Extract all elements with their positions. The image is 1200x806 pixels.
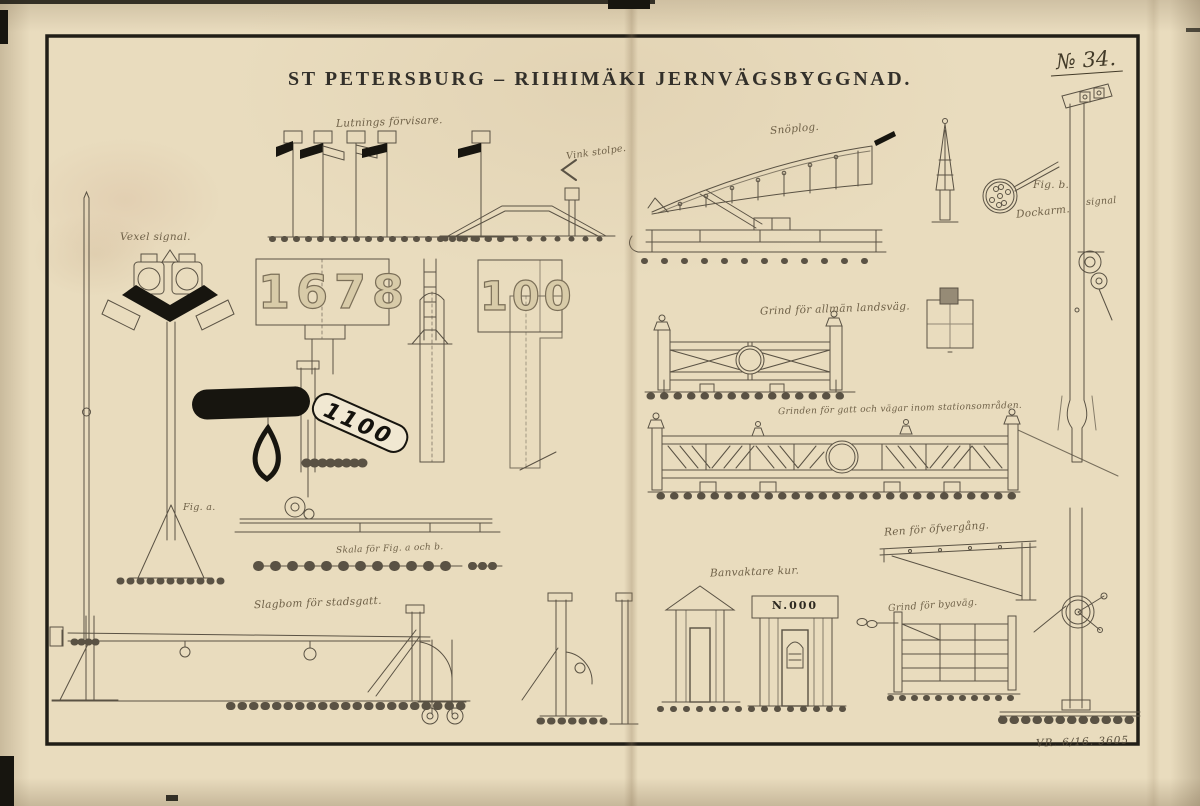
small-plate-number: 100	[480, 266, 560, 328]
sheet-number: № 34.	[1049, 46, 1123, 77]
figure-gate-public-road	[645, 311, 855, 396]
figure-crossing-bracket	[880, 541, 1036, 600]
hut-sign-number: N.000	[752, 599, 838, 612]
sheet-title: ST PETERSBURG – RIIHIMÄKI JERNVÄGSBYGGNA…	[0, 68, 1200, 91]
figure-mast-lower	[1000, 508, 1140, 720]
scan-edge-left-bottom	[0, 756, 14, 806]
figure-spire	[932, 119, 958, 223]
scan-edge-top	[0, 0, 655, 4]
scan-mark-bottom	[166, 795, 178, 801]
figure-semaphore	[192, 361, 500, 532]
figure-mast-upper	[1058, 84, 1112, 462]
label-switch-signal: Vexel signal.	[120, 231, 191, 243]
scanned-drawing-sheet: ST PETERSBURG – RIIHIMÄKI JERNVÄGSBYGGNA…	[0, 0, 1200, 806]
scan-edge-left-top	[0, 10, 8, 44]
figure-tall-pole	[70, 192, 102, 642]
scan-mark-right	[1186, 28, 1200, 32]
figure-gradient-posts	[268, 131, 516, 239]
figure-road-profile	[440, 160, 615, 239]
figure-village-gate	[857, 612, 1020, 698]
right-fold-crease	[1146, 0, 1160, 806]
figure-station-fence	[648, 409, 1118, 496]
figure-barrier-boom	[50, 593, 638, 724]
figure-snow-plough	[630, 131, 896, 261]
center-fold-crease	[624, 0, 638, 806]
label-fig-b: Fig. b.	[1033, 179, 1069, 191]
label-signal: signal	[1086, 195, 1117, 208]
label-fig-a: Fig. a.	[183, 502, 216, 513]
scan-edge-tab	[608, 0, 650, 9]
figure-square-detail	[927, 288, 973, 352]
distance-plate-number: 1678	[258, 262, 388, 322]
